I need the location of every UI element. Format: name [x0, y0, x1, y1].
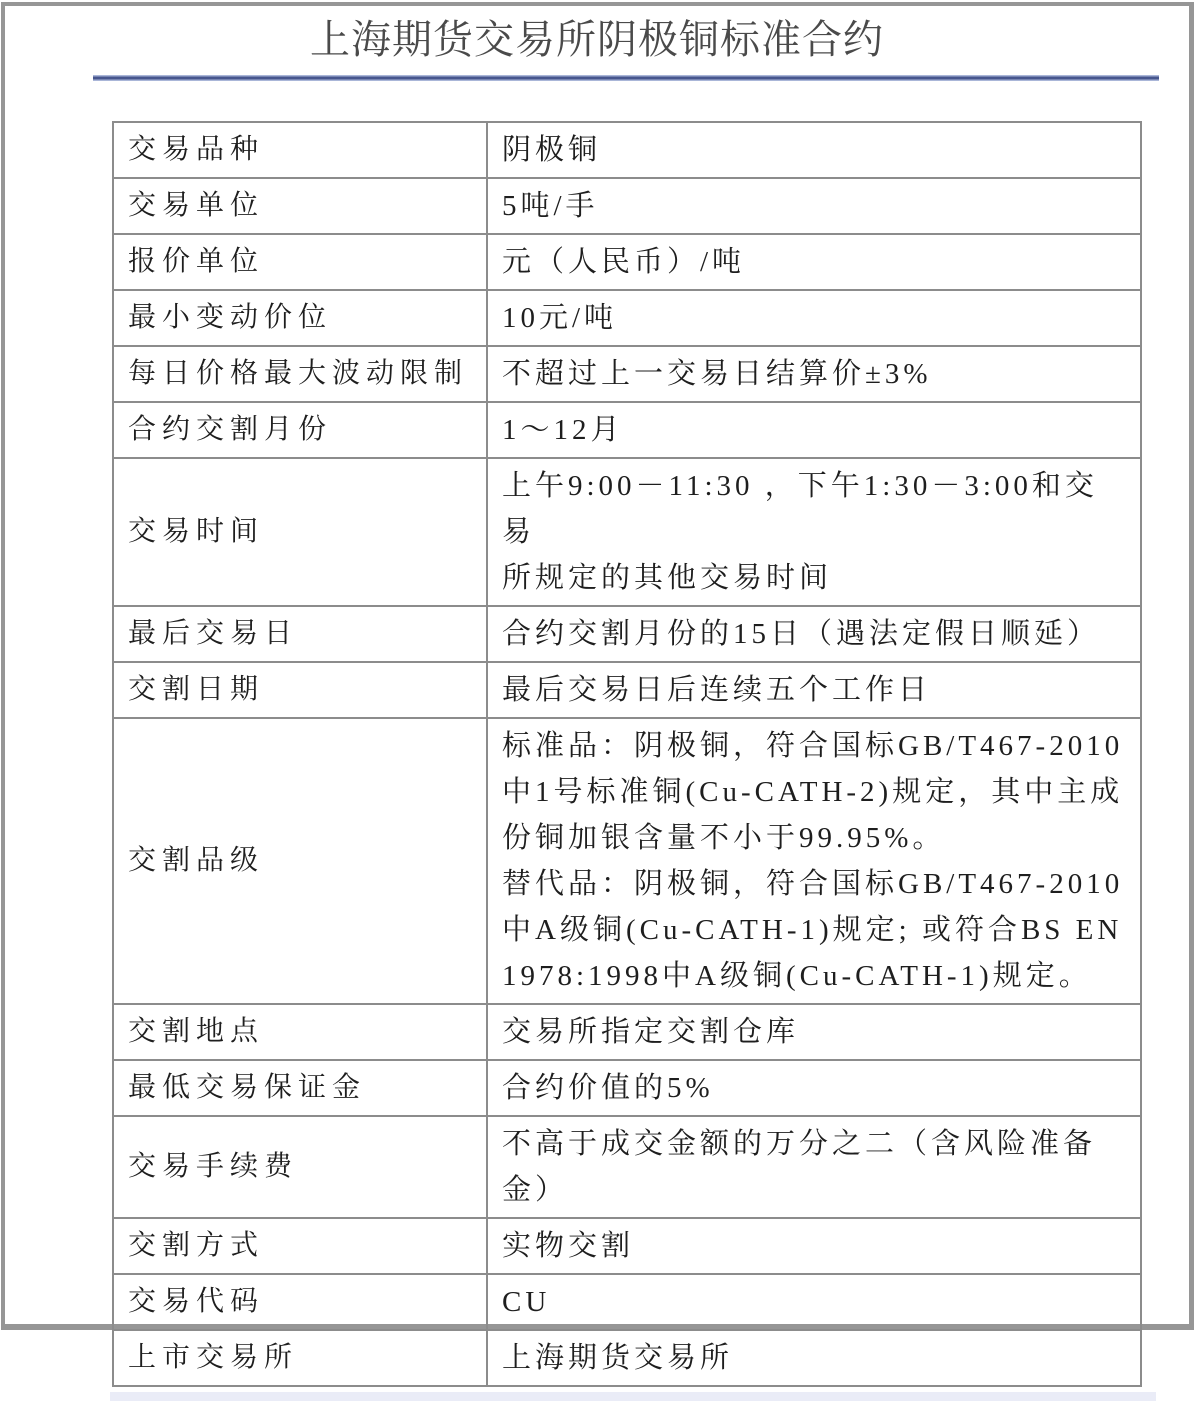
row-value: 合约价值的5% — [487, 1060, 1141, 1116]
table-row: 交易单位5吨/手 — [113, 178, 1141, 234]
row-label: 每日价格最大波动限制 — [113, 346, 487, 402]
row-label: 交割方式 — [113, 1218, 487, 1274]
row-value: 阴极铜 — [487, 122, 1141, 178]
row-value: 元（人民币）/吨 — [487, 234, 1141, 290]
table-row: 最低交易保证金合约价值的5% — [113, 1060, 1141, 1116]
row-label: 交易代码 — [113, 1274, 487, 1330]
row-label: 交割品级 — [113, 718, 487, 1004]
row-label: 交易单位 — [113, 178, 487, 234]
row-label: 交易手续费 — [113, 1116, 487, 1218]
row-value: 最后交易日后连续五个工作日 — [487, 662, 1141, 718]
row-label: 交易品种 — [113, 122, 487, 178]
row-value: 标准品：阴极铜，符合国标GB/T467-2010 中1号标准铜(Cu-CATH-… — [487, 718, 1141, 1004]
page-title: 上海期货交易所阴极铜标准合约 — [5, 16, 1189, 64]
row-label: 交割日期 — [113, 662, 487, 718]
row-value: 10元/吨 — [487, 290, 1141, 346]
row-label: 报价单位 — [113, 234, 487, 290]
row-label: 交割地点 — [113, 1004, 487, 1060]
table-row: 交易手续费不高于成交金额的万分之二（含风险准备 金） — [113, 1116, 1141, 1218]
table-row: 交割品级标准品：阴极铜，符合国标GB/T467-2010 中1号标准铜(Cu-C… — [113, 718, 1141, 1004]
row-label: 最低交易保证金 — [113, 1060, 487, 1116]
title-underline — [93, 75, 1159, 81]
row-value: 不高于成交金额的万分之二（含风险准备 金） — [487, 1116, 1141, 1218]
table-row: 最小变动价位10元/吨 — [113, 290, 1141, 346]
table-row: 交割地点交易所指定交割仓库 — [113, 1004, 1141, 1060]
row-label: 最小变动价位 — [113, 290, 487, 346]
row-value: CU — [487, 1274, 1141, 1330]
table-row: 交易品种阴极铜 — [113, 122, 1141, 178]
table-row: 交易时间上午9:00－11:30 ，下午1:30－3:00和交易 所规定的其他交… — [113, 458, 1141, 606]
table-row: 最后交易日合约交割月份的15日（遇法定假日顺延） — [113, 606, 1141, 662]
table-row: 每日价格最大波动限制不超过上一交易日结算价±3% — [113, 346, 1141, 402]
row-value: 交易所指定交割仓库 — [487, 1004, 1141, 1060]
row-value: 不超过上一交易日结算价±3% — [487, 346, 1141, 402]
row-label: 合约交割月份 — [113, 402, 487, 458]
contract-spec-table: 交易品种阴极铜交易单位5吨/手报价单位元（人民币）/吨最小变动价位10元/吨每日… — [112, 121, 1142, 1331]
row-value: 合约交割月份的15日（遇法定假日顺延） — [487, 606, 1141, 662]
table-row: 合约交割月份1～12月 — [113, 402, 1141, 458]
table-row: 报价单位元（人民币）/吨 — [113, 234, 1141, 290]
row-value: 5吨/手 — [487, 178, 1141, 234]
table-row: 交割日期最后交易日后连续五个工作日 — [113, 662, 1141, 718]
table-row: 交割方式实物交割 — [113, 1218, 1141, 1274]
document-page: 上海期货交易所阴极铜标准合约 交易品种阴极铜交易单位5吨/手报价单位元（人民币）… — [1, 2, 1194, 1330]
row-label: 最后交易日 — [113, 606, 487, 662]
row-value: 1～12月 — [487, 402, 1141, 458]
row-label: 交易时间 — [113, 458, 487, 606]
row-value: 实物交割 — [487, 1218, 1141, 1274]
table-row: 交易代码CU — [113, 1274, 1141, 1330]
row-value: 上午9:00－11:30 ，下午1:30－3:00和交易 所规定的其他交易时间 — [487, 458, 1141, 606]
